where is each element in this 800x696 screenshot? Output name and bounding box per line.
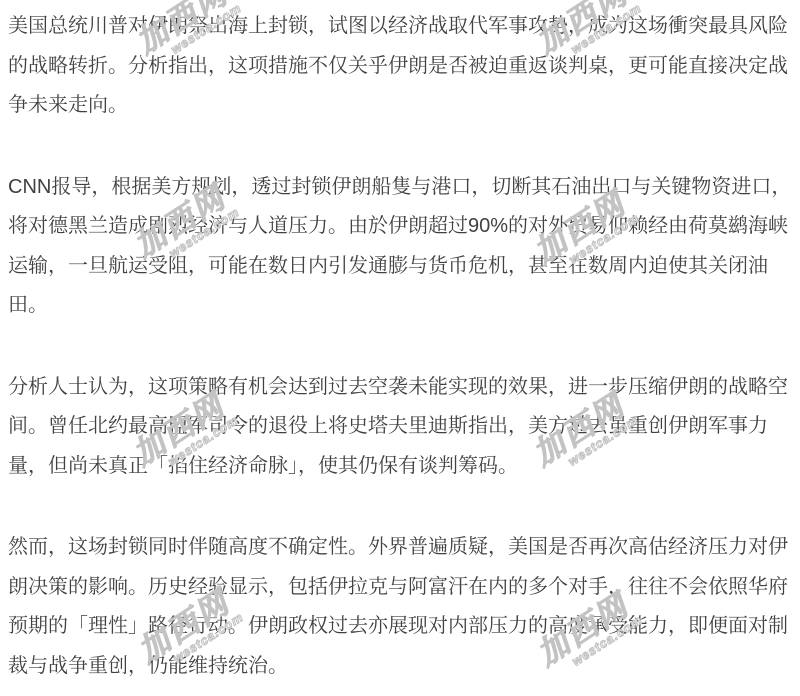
article-paragraph: 分析人士认为，这项策略有机会达到过去空袭未能实现的效果，进一步压缩伊朗的战略空间…: [8, 368, 792, 487]
article-paragraph: 美国总统川普对伊朗祭出海上封锁，试图以经济战取代军事攻势，成为这场衝突最具风险的…: [8, 7, 792, 126]
article-paragraph: CNN报导，根据美方规划，透过封锁伊朗船隻与港口，切断其石油出口与关键物资进口，…: [8, 168, 792, 326]
article-paragraph: 然而，这场封锁同时伴随高度不确定性。外界普遍质疑，美国是否再次高估经济压力对伊朗…: [8, 528, 792, 686]
news-article: 美国总统川普对伊朗祭出海上封锁，试图以经济战取代军事攻势，成为这场衝突最具风险的…: [0, 0, 800, 686]
